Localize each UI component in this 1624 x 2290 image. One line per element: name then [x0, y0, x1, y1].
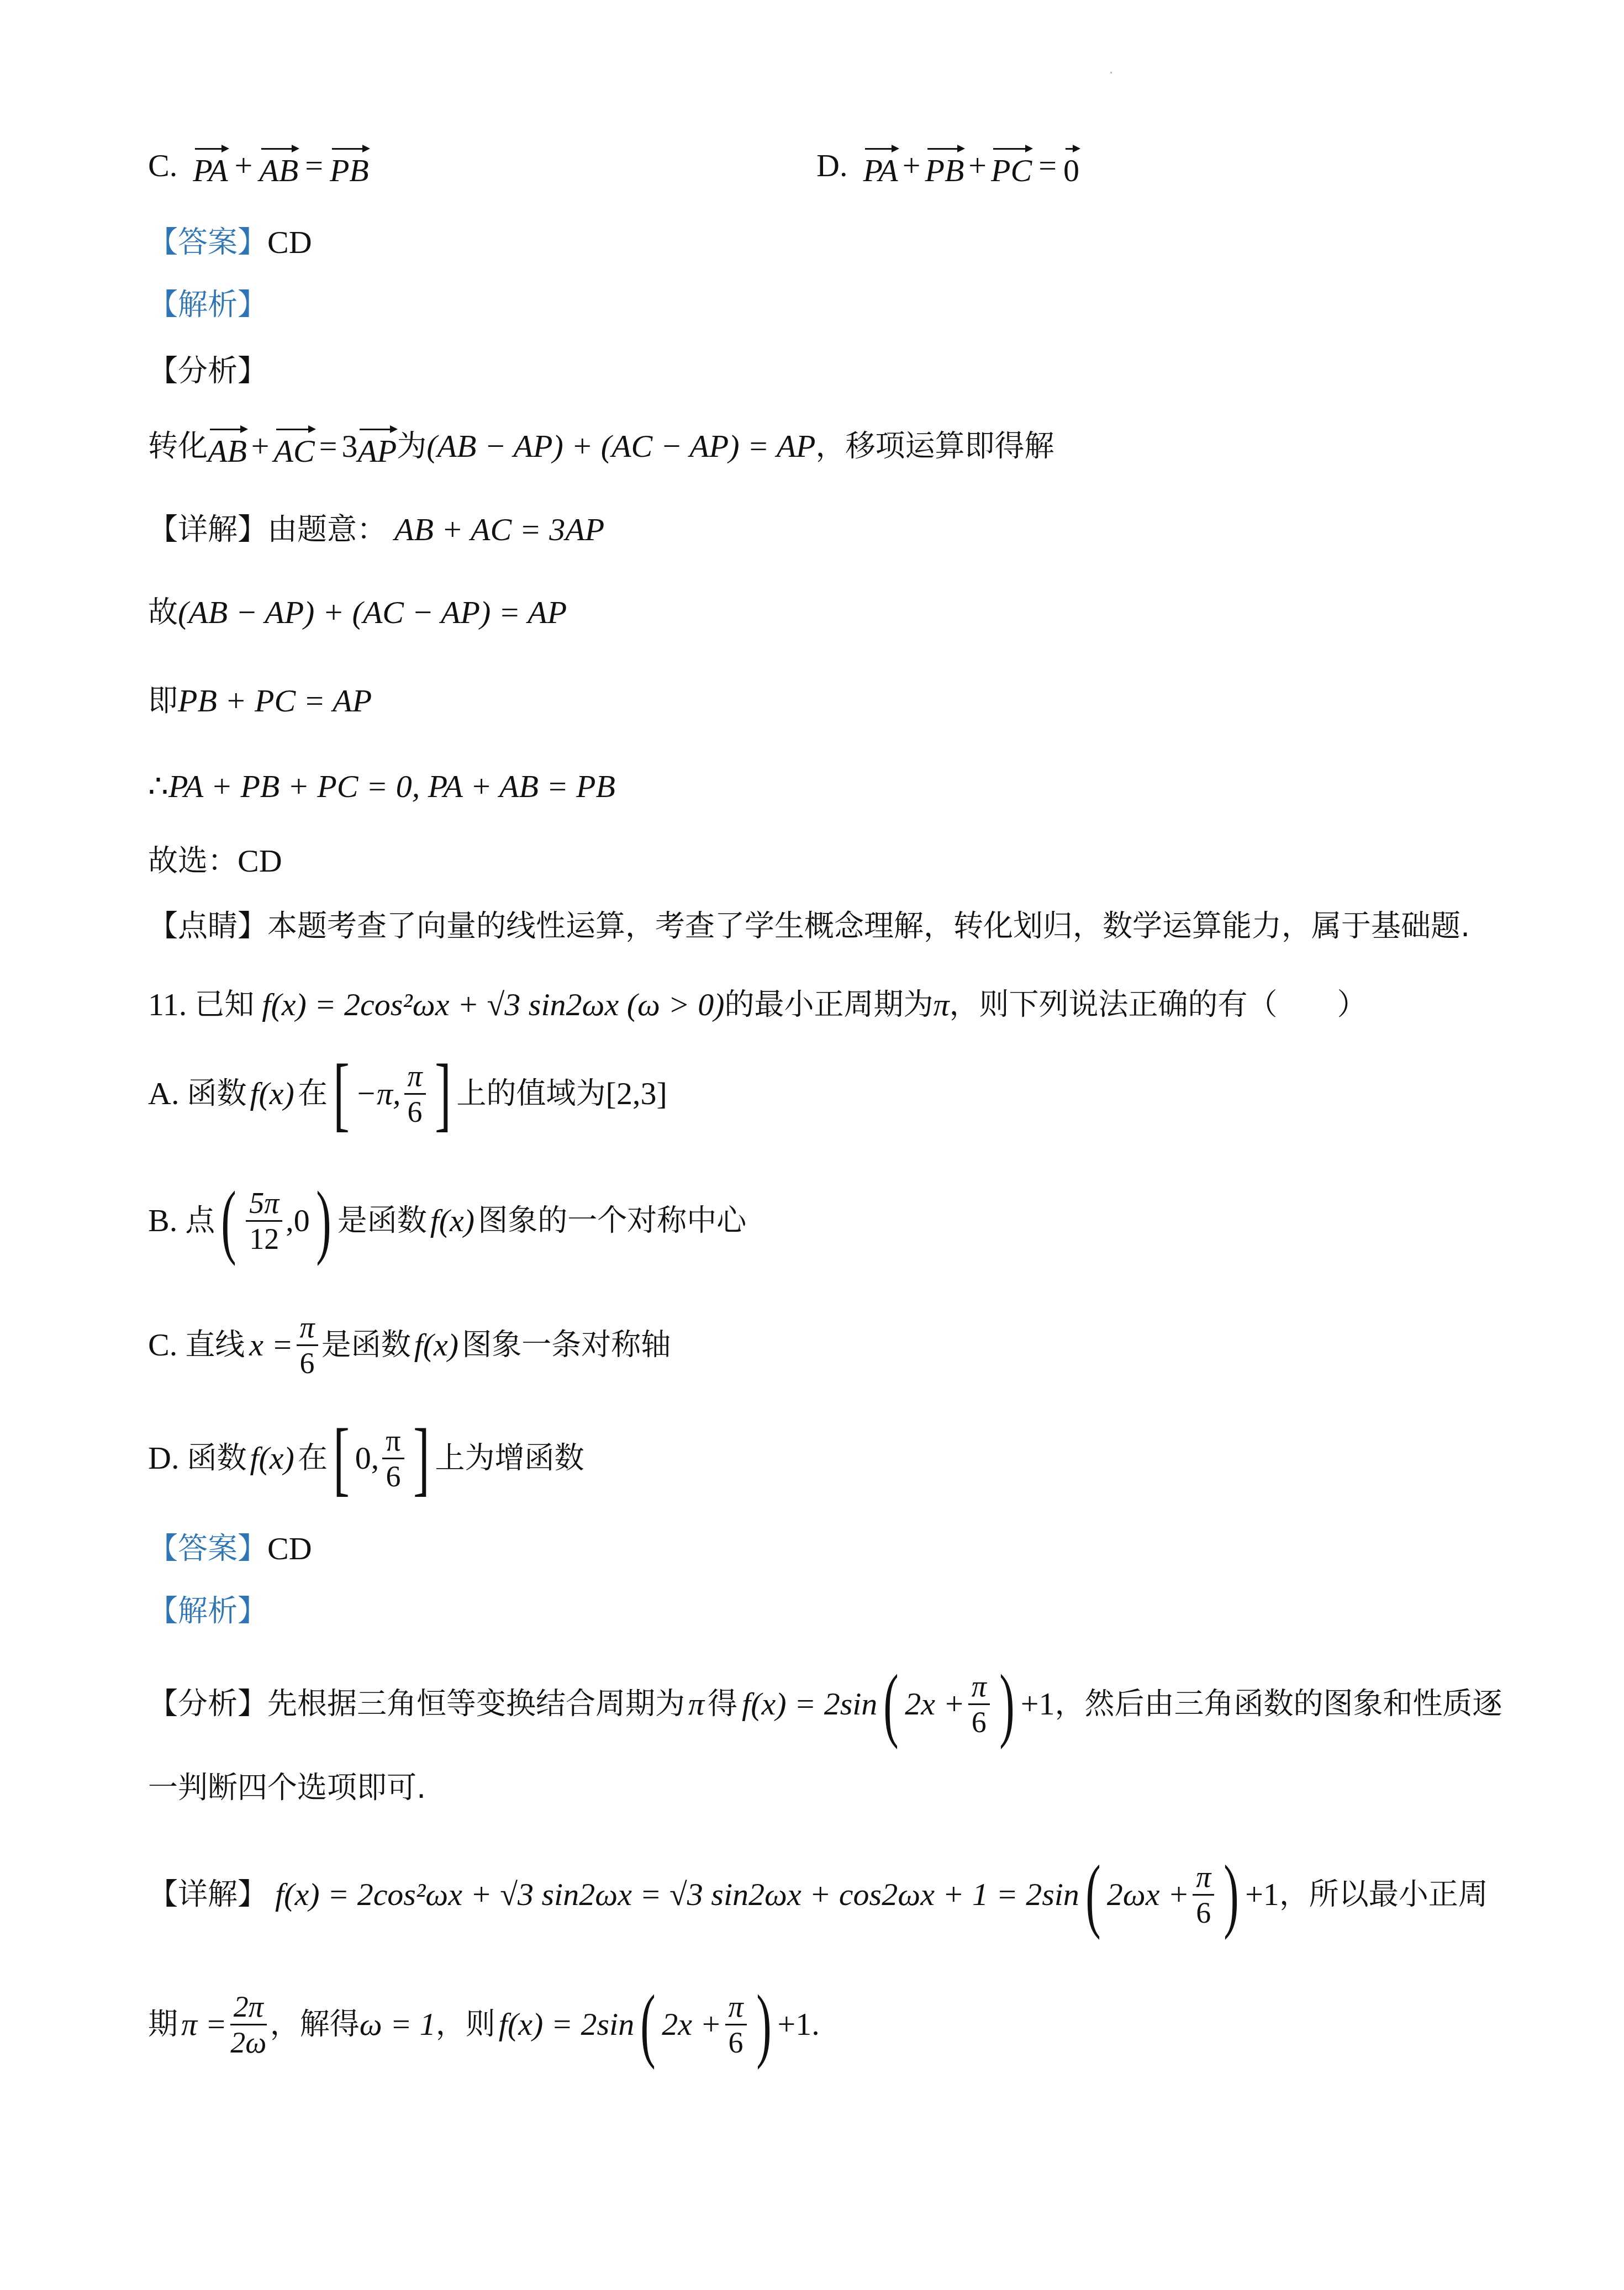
vector-ac: AC — [274, 425, 315, 467]
option-text: 是函数 — [338, 1206, 427, 1236]
answer-value: CD — [267, 1533, 312, 1565]
fraction: 5π 12 — [246, 1188, 282, 1254]
vector-pa: PA — [193, 145, 228, 187]
option-text: 函数 — [187, 1079, 246, 1109]
pi-symbol: π — [933, 989, 949, 1021]
plus-sign: + — [968, 150, 987, 182]
vector-ab: AB — [259, 145, 298, 187]
option-d: D. 函数 f(x) 在 [ 0, π 6 ] 上为增函数 — [148, 1403, 584, 1513]
variable: x = — [249, 1329, 293, 1361]
right-paren: ) — [1224, 1853, 1238, 1936]
zero-vector: 0 — [1063, 145, 1079, 187]
text-suffix: ，移项运算即得解 — [816, 431, 1054, 461]
option-c: C. 直线 x = π 6 是函数 f(x) 图象一条对称轴 — [148, 1298, 671, 1392]
left-bracket: [ — [333, 1417, 350, 1500]
vector-equation: PA + PB + PC = 0, PA + AB = PB — [168, 771, 615, 803]
fenxi-text-prev: 转化 AB + AC = 3 AP 为 (AB − AP) + (AC − AP… — [148, 425, 1054, 467]
answer-row-11: 【答案】 CD — [148, 1533, 312, 1565]
option-text: 图象的一个对称中心 — [478, 1206, 746, 1236]
fenxi-text: ，然后由三角函数的图象和性质逐 — [1054, 1689, 1502, 1719]
fraction-denominator: 6 — [408, 1095, 423, 1127]
right-paren: ) — [316, 1179, 331, 1262]
fraction-numerator: 5π — [246, 1188, 282, 1222]
fenxi-label-prev: 【分析】 — [148, 356, 267, 386]
plus-sign: + — [235, 150, 253, 182]
equals-sign: = — [1038, 150, 1057, 182]
detail-text: ，则 — [436, 2009, 495, 2039]
fraction: π 6 — [382, 1426, 404, 1491]
fenxi-text: 一判断四个选项即可. — [148, 1773, 426, 1803]
fraction-denominator: 6 — [972, 1705, 987, 1737]
option-text: 上为增函数 — [435, 1443, 584, 1473]
left-paren: ( — [1085, 1853, 1100, 1936]
choice-value: CD — [238, 845, 282, 877]
fenxi-text: 得 — [708, 1689, 737, 1719]
right-bracket: ] — [435, 1052, 451, 1135]
option-letter: C. — [148, 150, 177, 182]
step-gu: 故 (AB − AP) + (AC − AP) = AP — [148, 597, 567, 629]
detail-text: 期 — [148, 2009, 178, 2039]
choice-row-prev: 故选： CD — [148, 845, 282, 877]
option-letter: D. — [148, 1442, 179, 1474]
fraction: π 6 — [725, 1992, 747, 2057]
stem-formula: f(x) = 2cos²ωx + √3 sin2ωx (ω > 0) — [262, 989, 724, 1021]
left-paren: ( — [884, 1663, 899, 1745]
answer-label: 【答案】 — [148, 1534, 267, 1564]
fraction-denominator: 6 — [300, 1346, 315, 1378]
text-prefix: 转化 — [148, 431, 208, 461]
fraction-denominator: 2ω — [230, 2025, 266, 2057]
option-text: 上的值域为 — [457, 1079, 606, 1109]
option-text: 在 — [298, 1443, 328, 1473]
option-d-prev: D. PA + PB + PC = 0 — [816, 145, 1079, 187]
left-paren: ( — [640, 1983, 655, 2066]
detail-text: ，解得 — [270, 2009, 360, 2039]
equals-sign: = — [305, 150, 323, 182]
stem-suffix: ，则下列说法正确的有（ ） — [950, 990, 1367, 1020]
function-fx: f(x) — [250, 1078, 294, 1110]
option-text: 点 — [185, 1206, 215, 1236]
dianjing-text: 本题考查了向量的线性运算，考查了学生概念理解，转化划归，数学运算能力，属于基础题… — [267, 911, 1470, 941]
left-paren: ( — [221, 1179, 236, 1262]
choice-prefix: 故选： — [148, 846, 238, 876]
vector-equation: AB + AC = 3AP — [394, 514, 604, 546]
fraction: π 6 — [1193, 1862, 1214, 1928]
formula-head: f(x) = 2sin — [742, 1688, 877, 1720]
option-text: 是函数 — [321, 1330, 411, 1360]
fraction: π 6 — [297, 1312, 318, 1378]
vector-equation: PB + PC = AP — [178, 685, 372, 717]
dianjing-row: 【点睛】 本题考查了向量的线性运算，考查了学生概念理解，转化划归，数学运算能力，… — [148, 911, 1470, 941]
fraction-numerator: π — [297, 1312, 318, 1346]
analysis-label-prev: 【解析】 — [148, 290, 267, 320]
question-number: 11. — [148, 989, 187, 1021]
formula-tail: +1 — [1021, 1688, 1055, 1720]
fraction-denominator: 6 — [729, 2025, 744, 2057]
fraction-numerator: π — [404, 1061, 426, 1095]
formula-tail: +1. — [778, 2008, 820, 2040]
step-therefore: ∴ PA + PB + PC = 0, PA + AB = PB — [148, 771, 615, 803]
option-letter: A. — [148, 1078, 179, 1110]
analysis-label: 【解析】 — [148, 1596, 267, 1626]
fraction-denominator: 12 — [249, 1222, 279, 1254]
omega-value: ω = 1 — [360, 2008, 436, 2040]
fenxi-text: 先根据三角恒等变换结合周期为 — [267, 1689, 685, 1719]
option-b: B. 点 ( 5π 12 ,0 ) 是函数 f(x) 图象的一个对称中心 — [148, 1165, 746, 1276]
interval-left: −π, — [355, 1078, 401, 1110]
equals-sign: = — [319, 430, 338, 462]
vector-ab: AB — [208, 425, 247, 467]
vector-pc: PC — [991, 145, 1032, 187]
answer-row-prev: 【答案】 CD — [148, 226, 312, 258]
right-paren: ) — [756, 1983, 771, 2066]
dianjing-label: 【点睛】 — [148, 911, 267, 941]
period-lhs: π = — [181, 2008, 227, 2040]
detail-label: 【详解】 — [148, 515, 267, 545]
fenxi-11: 【分析】 先根据三角恒等变换结合周期为 π 得 f(x) = 2sin ( 2x… — [148, 1654, 1502, 1754]
step-prefix: 故 — [148, 598, 178, 627]
pi-symbol: π — [688, 1688, 704, 1720]
vector-ap: AP — [357, 425, 397, 467]
vector-pb: PB — [330, 145, 369, 187]
vector-pb: PB — [925, 145, 964, 187]
fraction: 2π 2ω — [230, 1992, 267, 2057]
right-paren: ) — [999, 1663, 1014, 1745]
fraction-numerator: π — [1193, 1862, 1214, 1896]
analysis-label-11: 【解析】 — [148, 1596, 267, 1626]
question-11-stem: 11. 已知 f(x) = 2cos²ωx + √3 sin2ωx (ω > 0… — [148, 989, 1367, 1021]
vector-pa: PA — [863, 145, 898, 187]
detail-11-line2: 期 π = 2π 2ω ，解得 ω = 1 ，则 f(x) = 2sin ( 2… — [148, 1975, 820, 2074]
formula-tail: +1 — [1245, 1879, 1279, 1911]
coefficient: 3 — [341, 430, 357, 462]
detail-prev: 【详解】 由题意： AB + AC = 3AP — [148, 514, 604, 546]
option-letter: B. — [148, 1205, 177, 1237]
vector-equation: (AB − AP) + (AC − AP) = AP — [178, 597, 567, 629]
option-letter: D. — [816, 150, 847, 182]
fraction-numerator: 2π — [230, 1992, 267, 2025]
fenxi-11-cont: 一判断四个选项即可. — [148, 1773, 426, 1803]
plus-sign: + — [903, 150, 921, 182]
right-bracket: ] — [413, 1417, 430, 1500]
scan-artifact — [1110, 72, 1112, 73]
option-a: A. 函数 f(x) 在 [ −π, π 6 ] 上的值域为 [2,3] — [148, 1038, 667, 1149]
function-fx: f(x) — [430, 1205, 475, 1237]
option-text: 直线 — [185, 1330, 245, 1360]
interval-left: 0, — [355, 1442, 379, 1474]
option-letter: C. — [148, 1329, 177, 1361]
option-c-prev: C. PA + AB = PB — [148, 145, 369, 187]
therefore-symbol: ∴ — [148, 771, 168, 803]
fraction-numerator: π — [968, 1671, 990, 1705]
formula-inner: 2x + — [905, 1688, 964, 1720]
vector-equation: (AB − AP) + (AC − AP) = AP — [426, 430, 815, 462]
fenxi-label: 【分析】 — [148, 1689, 267, 1719]
option-text: 在 — [298, 1079, 328, 1109]
fraction: π 6 — [404, 1061, 426, 1127]
fraction-numerator: π — [382, 1426, 404, 1459]
plus-sign: + — [251, 430, 270, 462]
formula-head: f(x) = 2sin — [499, 2008, 634, 2040]
detail-11-line1: 【详解】 f(x) = 2cos²ωx + √3 sin2ωx = √3 sin… — [148, 1845, 1488, 1944]
answer-label: 【答案】 — [148, 228, 267, 257]
fraction-denominator: 6 — [1196, 1896, 1211, 1928]
left-bracket: [ — [333, 1052, 350, 1135]
coord-tail: ,0 — [286, 1205, 310, 1237]
text-mid: 为 — [397, 431, 426, 461]
stem-suffix: 的最小正周期为 — [724, 990, 933, 1020]
option-text: 图象一条对称轴 — [462, 1330, 671, 1360]
step-prefix: 即 — [148, 686, 178, 716]
formula-inner: 2x + — [662, 2008, 721, 2040]
stem-prefix: 已知 — [194, 990, 254, 1020]
formula-inner: 2ωx + — [1107, 1879, 1189, 1911]
fraction-denominator: 6 — [386, 1459, 400, 1491]
function-fx: f(x) — [250, 1442, 294, 1474]
detail-label: 【详解】 — [148, 1880, 267, 1909]
detail-text: ，所以最小正周 — [1279, 1880, 1488, 1909]
step-ji: 即 PB + PC = AP — [148, 685, 372, 717]
detail-intro: 由题意： — [267, 515, 387, 545]
option-text: 函数 — [187, 1443, 246, 1473]
fraction: π 6 — [968, 1671, 990, 1737]
detail-formula: f(x) = 2cos²ωx + √3 sin2ωx = √3 sin2ωx +… — [275, 1879, 1079, 1911]
range-value: [2,3] — [606, 1078, 667, 1110]
fraction-numerator: π — [725, 1992, 747, 2025]
function-fx: f(x) — [414, 1329, 459, 1361]
answer-value: CD — [267, 226, 312, 258]
fenxi-label: 【分析】 — [148, 356, 267, 386]
analysis-label: 【解析】 — [148, 290, 267, 320]
